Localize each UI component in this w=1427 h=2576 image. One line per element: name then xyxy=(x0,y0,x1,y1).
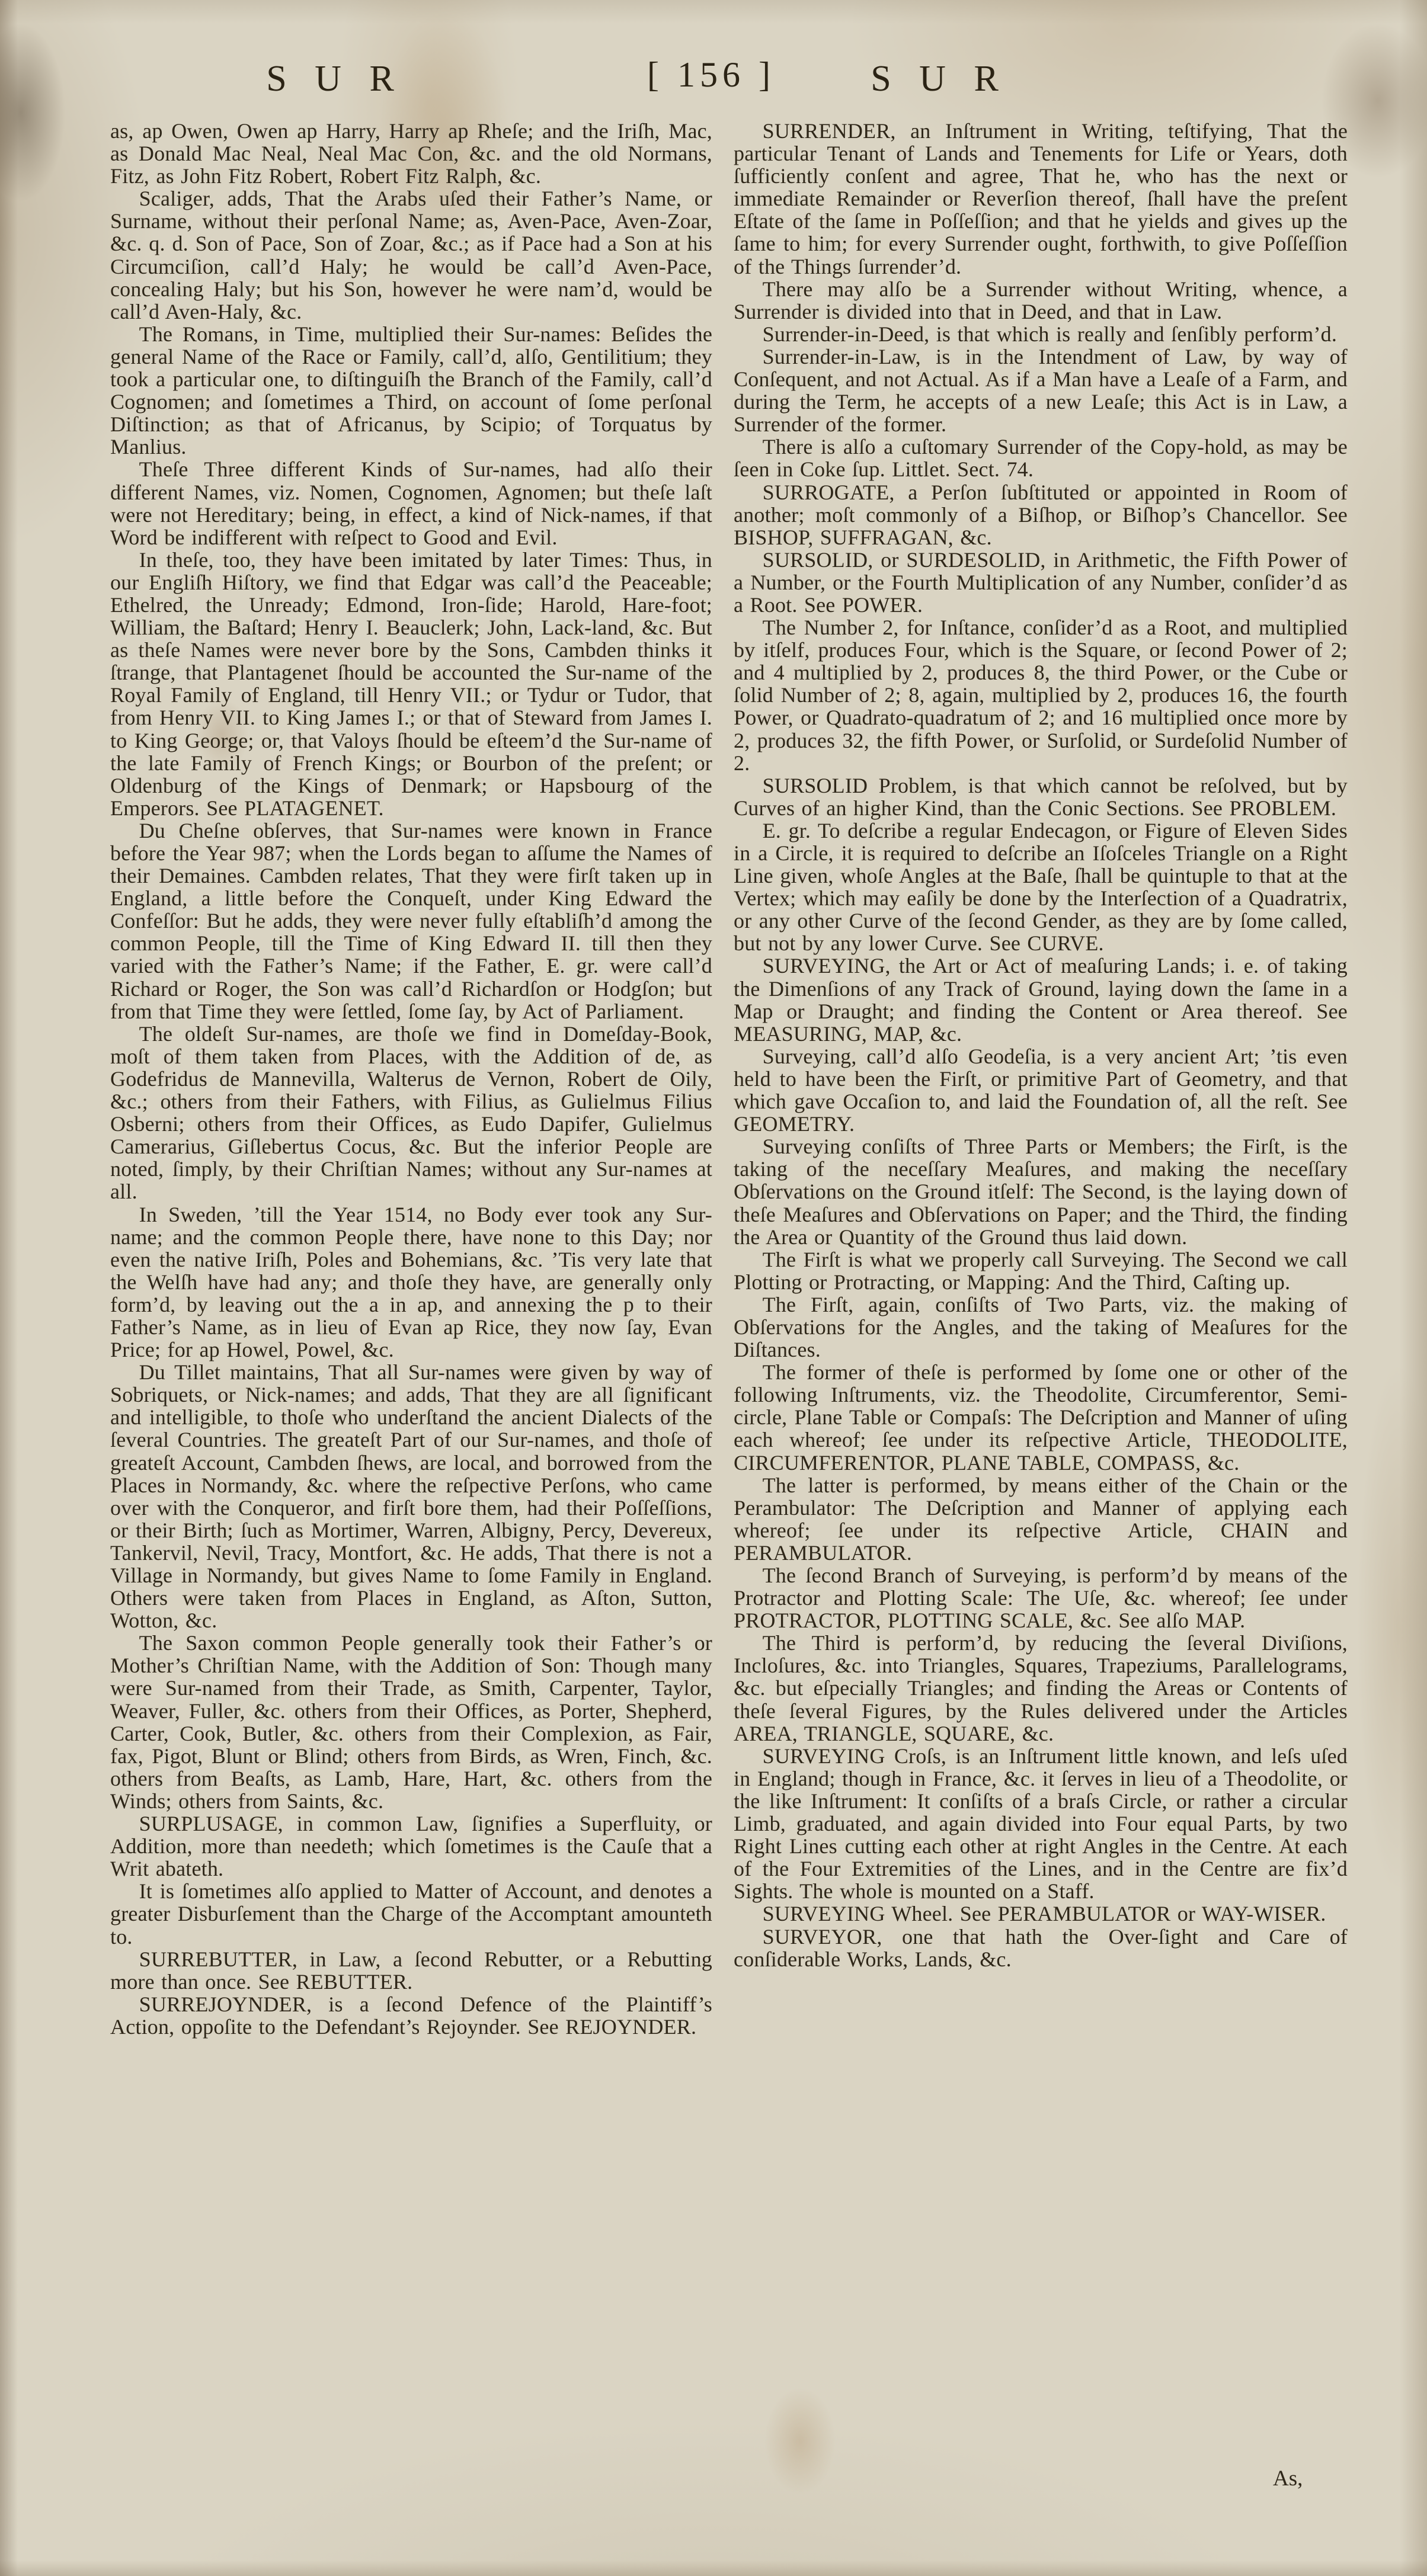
paragraph: SURVEYING, the Art or Act of meaſuring L… xyxy=(734,954,1348,1045)
left-column: as, ap Owen, Owen ap Harry, Harry ap Rhe… xyxy=(110,120,712,2525)
paragraph: The latter is performed, by means either… xyxy=(734,1474,1348,1564)
paragraph: SURSOLID Problem, is that which cannot b… xyxy=(734,774,1348,819)
paragraph: SURPLUSAGE, in common Law, ſignifies a S… xyxy=(110,1812,712,1880)
paragraph: SURREBUTTER, in Law, a ſecond Rebutter, … xyxy=(110,1948,712,1993)
paragraph: Surveying, call’d alſo Geodeſia, is a ve… xyxy=(734,1045,1348,1135)
paragraph: The Firſt, again, conſiſts of Two Parts,… xyxy=(734,1293,1348,1361)
catchword: As, xyxy=(1273,2466,1303,2491)
paragraph: SURSOLID, or SURDESOLID, in Arithmetic, … xyxy=(734,549,1348,616)
paragraph: Theſe Three different Kinds of Sur-names… xyxy=(110,458,712,548)
paragraph: SURRENDER, an Inſtrument in Writing, teſ… xyxy=(734,120,1348,278)
paragraph: as, ap Owen, Owen ap Harry, Harry ap Rhe… xyxy=(110,120,712,187)
paragraph: In Sweden, ’till the Year 1514, no Body … xyxy=(110,1203,712,1361)
paragraph: SURROGATE, a Perſon ſubſtituted or appoi… xyxy=(734,481,1348,549)
running-head-left: S U R xyxy=(266,58,404,100)
paragraph: It is ſometimes alſo applied to Matter o… xyxy=(110,1880,712,1947)
paragraph: There is alſo a cuſtomary Surrender of t… xyxy=(734,435,1348,480)
paragraph: The oldeſt Sur-names, are thoſe we find … xyxy=(110,1023,712,1203)
page-number: [ 156 ] xyxy=(647,55,775,95)
paragraph: The Third is perform’d, by reducing the … xyxy=(734,1632,1348,1744)
paper-stain xyxy=(0,24,65,201)
paragraph: The Saxon common People generally took t… xyxy=(110,1632,712,1812)
right-column: SURRENDER, an Inſtrument in Writing, teſ… xyxy=(734,120,1348,2525)
paragraph: SURVEYOR, one that hath the Over-ſight a… xyxy=(734,1925,1348,1971)
paragraph: SURREJOYNDER, is a ſecond Defence of the… xyxy=(110,1993,712,2038)
running-head-right: S U R xyxy=(871,58,1008,100)
paragraph: In theſe, too, they have been imitated b… xyxy=(110,549,712,819)
paragraph: Scaliger, adds, That the Arabs uſed thei… xyxy=(110,187,712,323)
paragraph: Surrender-in-Law, is in the Intendment o… xyxy=(734,345,1348,435)
paragraph: Du Tillet maintains, That all Sur-names … xyxy=(110,1361,712,1632)
paragraph: The Number 2, for Inſtance, conſider’d a… xyxy=(734,616,1348,774)
paragraph: E. gr. To deſcribe a regular Endecagon, … xyxy=(734,819,1348,955)
paragraph: Surrender-in-Deed, is that which is real… xyxy=(734,323,1348,345)
paragraph: Surveying conſiſts of Three Parts or Mem… xyxy=(734,1135,1348,1248)
paragraph: The Romans, in Time, multiplied their Su… xyxy=(110,323,712,459)
paragraph: Du Cheſne obſerves, that Sur-names were … xyxy=(110,819,712,1023)
paper-stain xyxy=(1357,1363,1427,1896)
paragraph: The Firſt is what we properly call Surve… xyxy=(734,1248,1348,1293)
paragraph: The former of theſe is performed by ſome… xyxy=(734,1361,1348,1473)
paragraph: The ſecond Branch of Surveying, is perfo… xyxy=(734,1564,1348,1632)
paragraph: SURVEYING Wheel. See PERAMBULATOR or WAY… xyxy=(734,1902,1348,1925)
book-page: S U R [ 156 ] S U R as, ap Owen, Owen ap… xyxy=(0,0,1427,2576)
paragraph: There may alſo be a Surrender without Wr… xyxy=(734,278,1348,323)
paragraph: SURVEYING Croſs, is an Inſtrument little… xyxy=(734,1745,1348,1903)
